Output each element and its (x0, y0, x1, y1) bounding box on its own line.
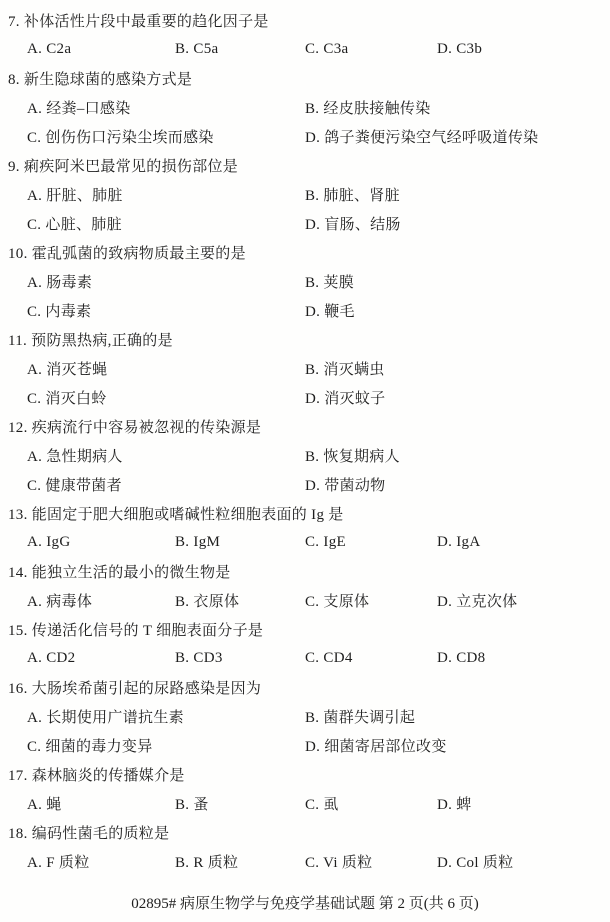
question-10-options-row1: A. 肠毒素 B. 荚膜 (27, 267, 610, 296)
question-stem-15: 15. 传递活化信号的 T 细胞表面分子是 (0, 615, 610, 644)
question-18-options: A. F 质粒 B. R 质粒 C. Vi 质粒 D. Col 质粒 (27, 847, 610, 876)
question-stem-17: 17. 森林脑炎的传播媒介是 (0, 760, 610, 789)
option-14-b: B. 衣原体 (175, 590, 305, 611)
page-footer-text: 02895# 病原生物学与免疫学基础试题 第 2 页(共 6 页) (131, 892, 479, 913)
option-14-c: C. 支原体 (305, 590, 437, 611)
question-15-options: A. CD2 B. CD3 C. CD4 D. CD8 (27, 644, 610, 673)
question-11-options-row2: C. 消灭白蛉 D. 消灭蚊子 (27, 383, 610, 412)
question-stem-16: 16. 大肠埃希菌引起的尿路感染是因为 (0, 673, 610, 702)
option-15-a: A. CD2 (27, 650, 175, 667)
question-14-options: A. 病毒体 B. 衣原体 C. 支原体 D. 立克次体 (27, 586, 610, 615)
question-stem-13: 13. 能固定于肥大细胞或嗜碱性粒细胞表面的 Ig 是 (0, 499, 610, 528)
option-7-a: A. C2a (27, 41, 175, 58)
question-9-options-row2: C. 心脏、肺脏 D. 盲肠、结肠 (27, 209, 610, 238)
page-footer: 02895# 病原生物学与免疫学基础试题 第 2 页(共 6 页) (0, 888, 610, 916)
question-stem-9: 9. 痢疾阿米巴最常见的损伤部位是 (0, 151, 610, 180)
option-16-d: D. 细菌寄居部位改变 (305, 735, 610, 756)
exam-page: 7. 补体活性片段中最重要的趋化因子是 A. C2a B. C5a C. C3a… (0, 0, 610, 922)
option-13-c: C. IgE (305, 534, 437, 551)
option-14-d: D. 立克次体 (437, 590, 610, 611)
option-10-d: D. 鞭毛 (305, 300, 610, 321)
question-16-options-row1: A. 长期使用广谱抗生素 B. 菌群失调引起 (27, 702, 610, 731)
option-8-a: A. 经粪–口感染 (27, 97, 305, 118)
option-17-c: C. 虱 (305, 793, 437, 814)
question-stem-8: 8. 新生隐球菌的感染方式是 (0, 64, 610, 93)
question-8-options-row1: A. 经粪–口感染 B. 经皮肤接触传染 (27, 93, 610, 122)
option-9-b: B. 肺脏、肾脏 (305, 184, 610, 205)
option-13-b: B. IgM (175, 534, 305, 551)
question-stem-12: 12. 疾病流行中容易被忽视的传染源是 (0, 412, 610, 441)
option-17-b: B. 蚤 (175, 793, 305, 814)
question-stem-18: 18. 编码性菌毛的质粒是 (0, 818, 610, 847)
option-12-a: A. 急性期病人 (27, 445, 305, 466)
option-17-a: A. 蝇 (27, 793, 175, 814)
option-11-b: B. 消灭螨虫 (305, 358, 610, 379)
question-10-options-row2: C. 内毒素 D. 鞭毛 (27, 296, 610, 325)
option-18-c: C. Vi 质粒 (305, 851, 437, 872)
option-18-d: D. Col 质粒 (437, 851, 610, 872)
question-7-options: A. C2a B. C5a C. C3a D. C3b (27, 35, 610, 64)
option-9-c: C. 心脏、肺脏 (27, 213, 305, 234)
option-13-d: D. IgA (437, 534, 610, 551)
option-7-c: C. C3a (305, 41, 437, 58)
option-16-a: A. 长期使用广谱抗生素 (27, 706, 305, 727)
option-9-d: D. 盲肠、结肠 (305, 213, 610, 234)
question-stem-7: 7. 补体活性片段中最重要的趋化因子是 (0, 6, 610, 35)
option-8-b: B. 经皮肤接触传染 (305, 97, 610, 118)
question-8-options-row2: C. 创伤伤口污染尘埃而感染 D. 鸽子粪便污染空气经呼吸道传染 (27, 122, 610, 151)
option-17-d: D. 蜱 (437, 793, 610, 814)
question-17-options: A. 蝇 B. 蚤 C. 虱 D. 蜱 (27, 789, 610, 818)
option-9-a: A. 肝脏、肺脏 (27, 184, 305, 205)
question-16-options-row2: C. 细菌的毒力变异 D. 细菌寄居部位改变 (27, 731, 610, 760)
option-15-d: D. CD8 (437, 650, 610, 667)
question-stem-10: 10. 霍乱弧菌的致病物质最主要的是 (0, 238, 610, 267)
option-10-a: A. 肠毒素 (27, 271, 305, 292)
question-12-options-row2: C. 健康带菌者 D. 带菌动物 (27, 470, 610, 499)
option-7-d: D. C3b (437, 41, 610, 58)
option-7-b: B. C5a (175, 41, 305, 58)
option-13-a: A. IgG (27, 534, 175, 551)
option-11-c: C. 消灭白蛉 (27, 387, 305, 408)
question-11-options-row1: A. 消灭苍蝇 B. 消灭螨虫 (27, 354, 610, 383)
option-8-d: D. 鸽子粪便污染空气经呼吸道传染 (305, 126, 610, 147)
option-10-c: C. 内毒素 (27, 300, 305, 321)
question-9-options-row1: A. 肝脏、肺脏 B. 肺脏、肾脏 (27, 180, 610, 209)
question-13-options: A. IgG B. IgM C. IgE D. IgA (27, 528, 610, 557)
option-18-b: B. R 质粒 (175, 851, 305, 872)
option-11-d: D. 消灭蚊子 (305, 387, 610, 408)
option-12-c: C. 健康带菌者 (27, 474, 305, 495)
question-stem-11: 11. 预防黑热病,正确的是 (0, 325, 610, 354)
option-15-c: C. CD4 (305, 650, 437, 667)
question-stem-14: 14. 能独立生活的最小的微生物是 (0, 557, 610, 586)
option-11-a: A. 消灭苍蝇 (27, 358, 305, 379)
option-8-c: C. 创伤伤口污染尘埃而感染 (27, 126, 305, 147)
option-16-b: B. 菌群失调引起 (305, 706, 610, 727)
option-12-b: B. 恢复期病人 (305, 445, 610, 466)
option-18-a: A. F 质粒 (27, 851, 175, 872)
option-10-b: B. 荚膜 (305, 271, 610, 292)
option-14-a: A. 病毒体 (27, 590, 175, 611)
option-15-b: B. CD3 (175, 650, 305, 667)
option-16-c: C. 细菌的毒力变异 (27, 735, 305, 756)
question-12-options-row1: A. 急性期病人 B. 恢复期病人 (27, 441, 610, 470)
option-12-d: D. 带菌动物 (305, 474, 610, 495)
